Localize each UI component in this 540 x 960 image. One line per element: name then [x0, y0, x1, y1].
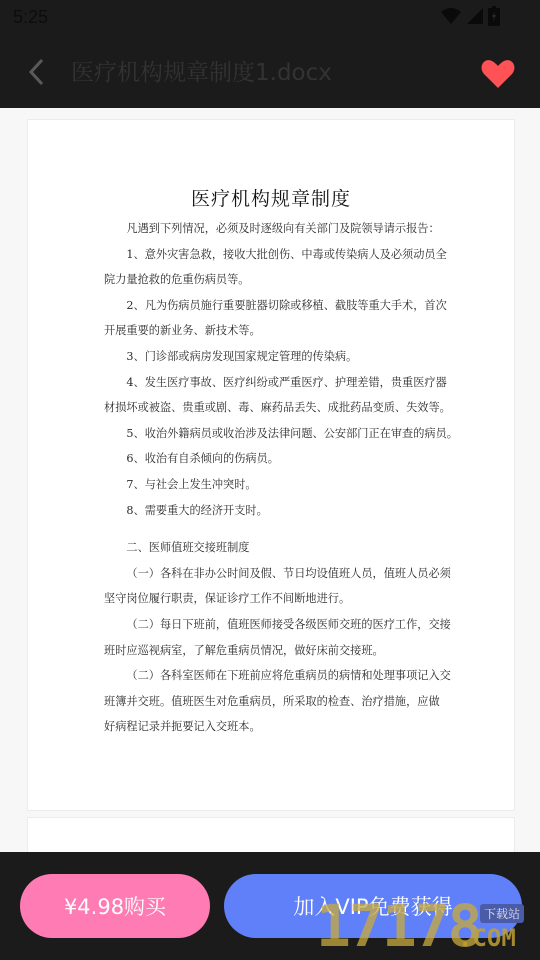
section-heading: 二、医师值班交接班制度	[104, 535, 452, 561]
paragraph: 2、凡为伤病员施行重要脏器切除或移植、截肢等重大手术，首次	[104, 293, 452, 319]
document-title: 医疗机构规章制度1.docx	[71, 54, 332, 87]
wifi-icon	[440, 7, 462, 29]
app-bar: 医疗机构规章制度1.docx	[0, 36, 540, 108]
paragraph: 坚守岗位履行职责，保证诊疗工作不间断地进行。	[104, 586, 452, 612]
document-page-2	[27, 817, 515, 852]
signal-icon	[466, 7, 484, 29]
status-bar: 5:25	[0, 0, 540, 36]
paragraph: 凡遇到下列情况，必须及时逐级向有关部门及院领导请示报告：	[104, 216, 452, 242]
document-page-1: 医疗机构规章制度 凡遇到下列情况，必须及时逐级向有关部门及院领导请示报告： 1、…	[27, 119, 515, 811]
battery-charging-icon	[488, 6, 500, 30]
heart-icon	[481, 59, 515, 93]
status-icons	[440, 8, 500, 28]
paragraph: 5、收治外籍病员或收治涉及法律问题、公安部门正在审查的病员。	[104, 421, 452, 447]
paragraph: 开展重要的新业务、新技术等。	[104, 318, 452, 344]
document-body: 凡遇到下列情况，必须及时逐级向有关部门及院领导请示报告： 1、意外灾害急救，接收…	[104, 216, 452, 740]
chevron-left-icon	[27, 57, 45, 91]
paragraph: （二）各科室医师在下班前应将危重病员的病情和处理事项记入交	[104, 663, 452, 689]
paragraph: 7、与社会上发生冲突时。	[104, 472, 452, 498]
paragraph: （一）各科在非办公时间及假、节日均设值班人员，值班人员必须	[104, 561, 452, 587]
back-button[interactable]	[20, 56, 52, 92]
paragraph-gap	[104, 523, 452, 535]
paragraph: 6、收治有自杀倾向的伤病员。	[104, 446, 452, 472]
paragraph: （二）每日下班前，值班医师接受各级医师交班的医疗工作，交接	[104, 612, 452, 638]
paragraph: 4、发生医疗事故、医疗纠纷或严重医疗、护理差错，贵重医疗器	[104, 370, 452, 396]
document-viewer[interactable]: 医疗机构规章制度 凡遇到下列情况，必须及时逐级向有关部门及院领导请示报告： 1、…	[0, 108, 540, 852]
paragraph: 好病程记录并扼要记入交班本。	[104, 714, 452, 740]
paragraph: 1、意外灾害急救，接收大批创伤、中毒或传染病人及必须动员全	[104, 242, 452, 268]
paragraph: 3、门诊部或病房发现国家规定管理的传染病。	[104, 344, 452, 370]
vip-free-button[interactable]: 加入VIP免费获得	[224, 874, 522, 938]
status-time: 5:25	[13, 7, 48, 28]
paragraph: 班簿并交班。值班医生对危重病员，所采取的检查、治疗措施，应做	[104, 689, 452, 715]
buy-button[interactable]: ¥4.98购买	[20, 874, 210, 938]
paragraph: 院力量抢救的危重伤病员等。	[104, 267, 452, 293]
paragraph: 8、需要重大的经济开支时。	[104, 498, 452, 524]
bottom-action-bar: ¥4.98购买 加入VIP免费获得	[0, 852, 540, 960]
paragraph: 材损坏或被盗、贵重或剧、毒、麻药品丢失、成批药品变质、失效等。	[104, 395, 452, 421]
favorite-button[interactable]	[480, 59, 516, 93]
document-heading: 医疗机构规章制度	[28, 184, 514, 211]
paragraph: 班时应巡视病室，了解危重病员情况，做好床前交接班。	[104, 638, 452, 664]
